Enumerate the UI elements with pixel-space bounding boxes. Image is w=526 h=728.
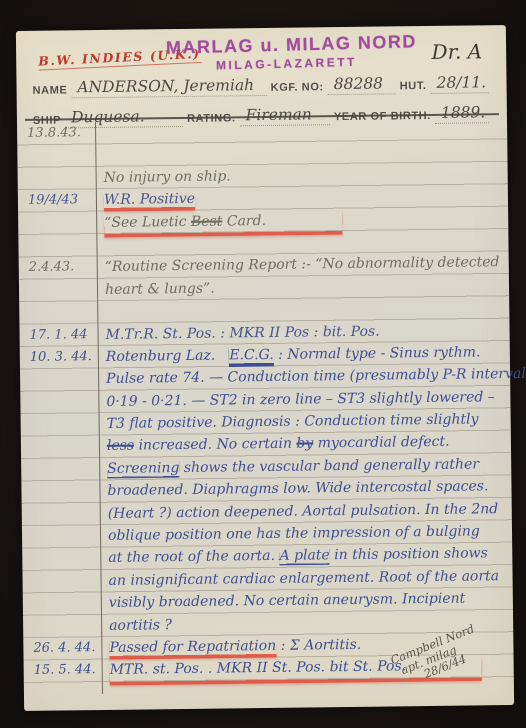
name-value: ANDERSON, Jeremiah [71,76,266,98]
entry-date: 13.8.43. [27,122,93,145]
entry-text-fragment: : Σ Aortitis. [276,637,361,654]
screening-underlined: Screening [107,460,179,477]
entry-text-fragment: Card. [222,213,266,230]
kgf-label: KGF. NO: [271,81,324,96]
entry-text-fragment: : Normal type - Sinus rythm. [274,344,481,363]
name-row: NAME ANDERSON, Jeremiah KGF. NO: 88288 H… [32,73,492,99]
camp-stamp: MARLAG u. MILAG NORD MILAG-LAZARETT [166,32,407,74]
entry-date: 19/4/43 [28,189,94,212]
struck-word: Best [191,213,223,229]
medical-record-card: B.W. INDIES (U.K.) MARLAG u. MILAG NORD … [16,25,514,711]
luetic-card-underlined: “See Luetic Best Card. [104,209,342,234]
struck-word: less [107,438,134,454]
entry-text-fragment: Rotenburg Laz. [106,347,230,365]
photo-background: { "colors": { "background": "#171310", "… [0,0,526,728]
wr-positive-underlined: W.R. Positive [104,191,195,208]
hut-label: HUT. [400,80,427,94]
entry-text-fragment: “See Luetic [104,213,191,230]
record-table: 13.8.43. No injury on ship. 19/4/43 W.R.… [17,117,514,685]
doctor-initial: Dr. A [431,39,482,64]
entry-text-fragment: increased. No certain [134,436,296,454]
entry-date: 15. 5. 44. [34,659,100,682]
entry-date: 17. 1. 44 [29,324,95,347]
ecg-underlined: E.C.G. [229,347,274,364]
kgf-value: 88288 [328,74,396,95]
name-label: NAME [33,84,68,98]
entry-date: 2.4.43. [29,256,95,279]
hut-value: 28/11. [430,73,488,94]
entry-date: 10. 3. 44. [30,346,96,369]
entry-text-fragment: in this position shows [330,546,488,564]
entry-text-fragment: at the root of the aorta. [108,548,279,566]
entry-text-fragment: myocardial defect. [313,434,449,452]
entry-text-fragment: shows the vascular band generally rather [179,456,479,476]
struck-word: by [296,436,313,452]
a-plate-underlined: A plate [279,548,329,565]
entry-date: 26. 4. 44. [33,637,99,660]
passed-repatriation-underlined: Passed for Repatriation [109,638,276,656]
